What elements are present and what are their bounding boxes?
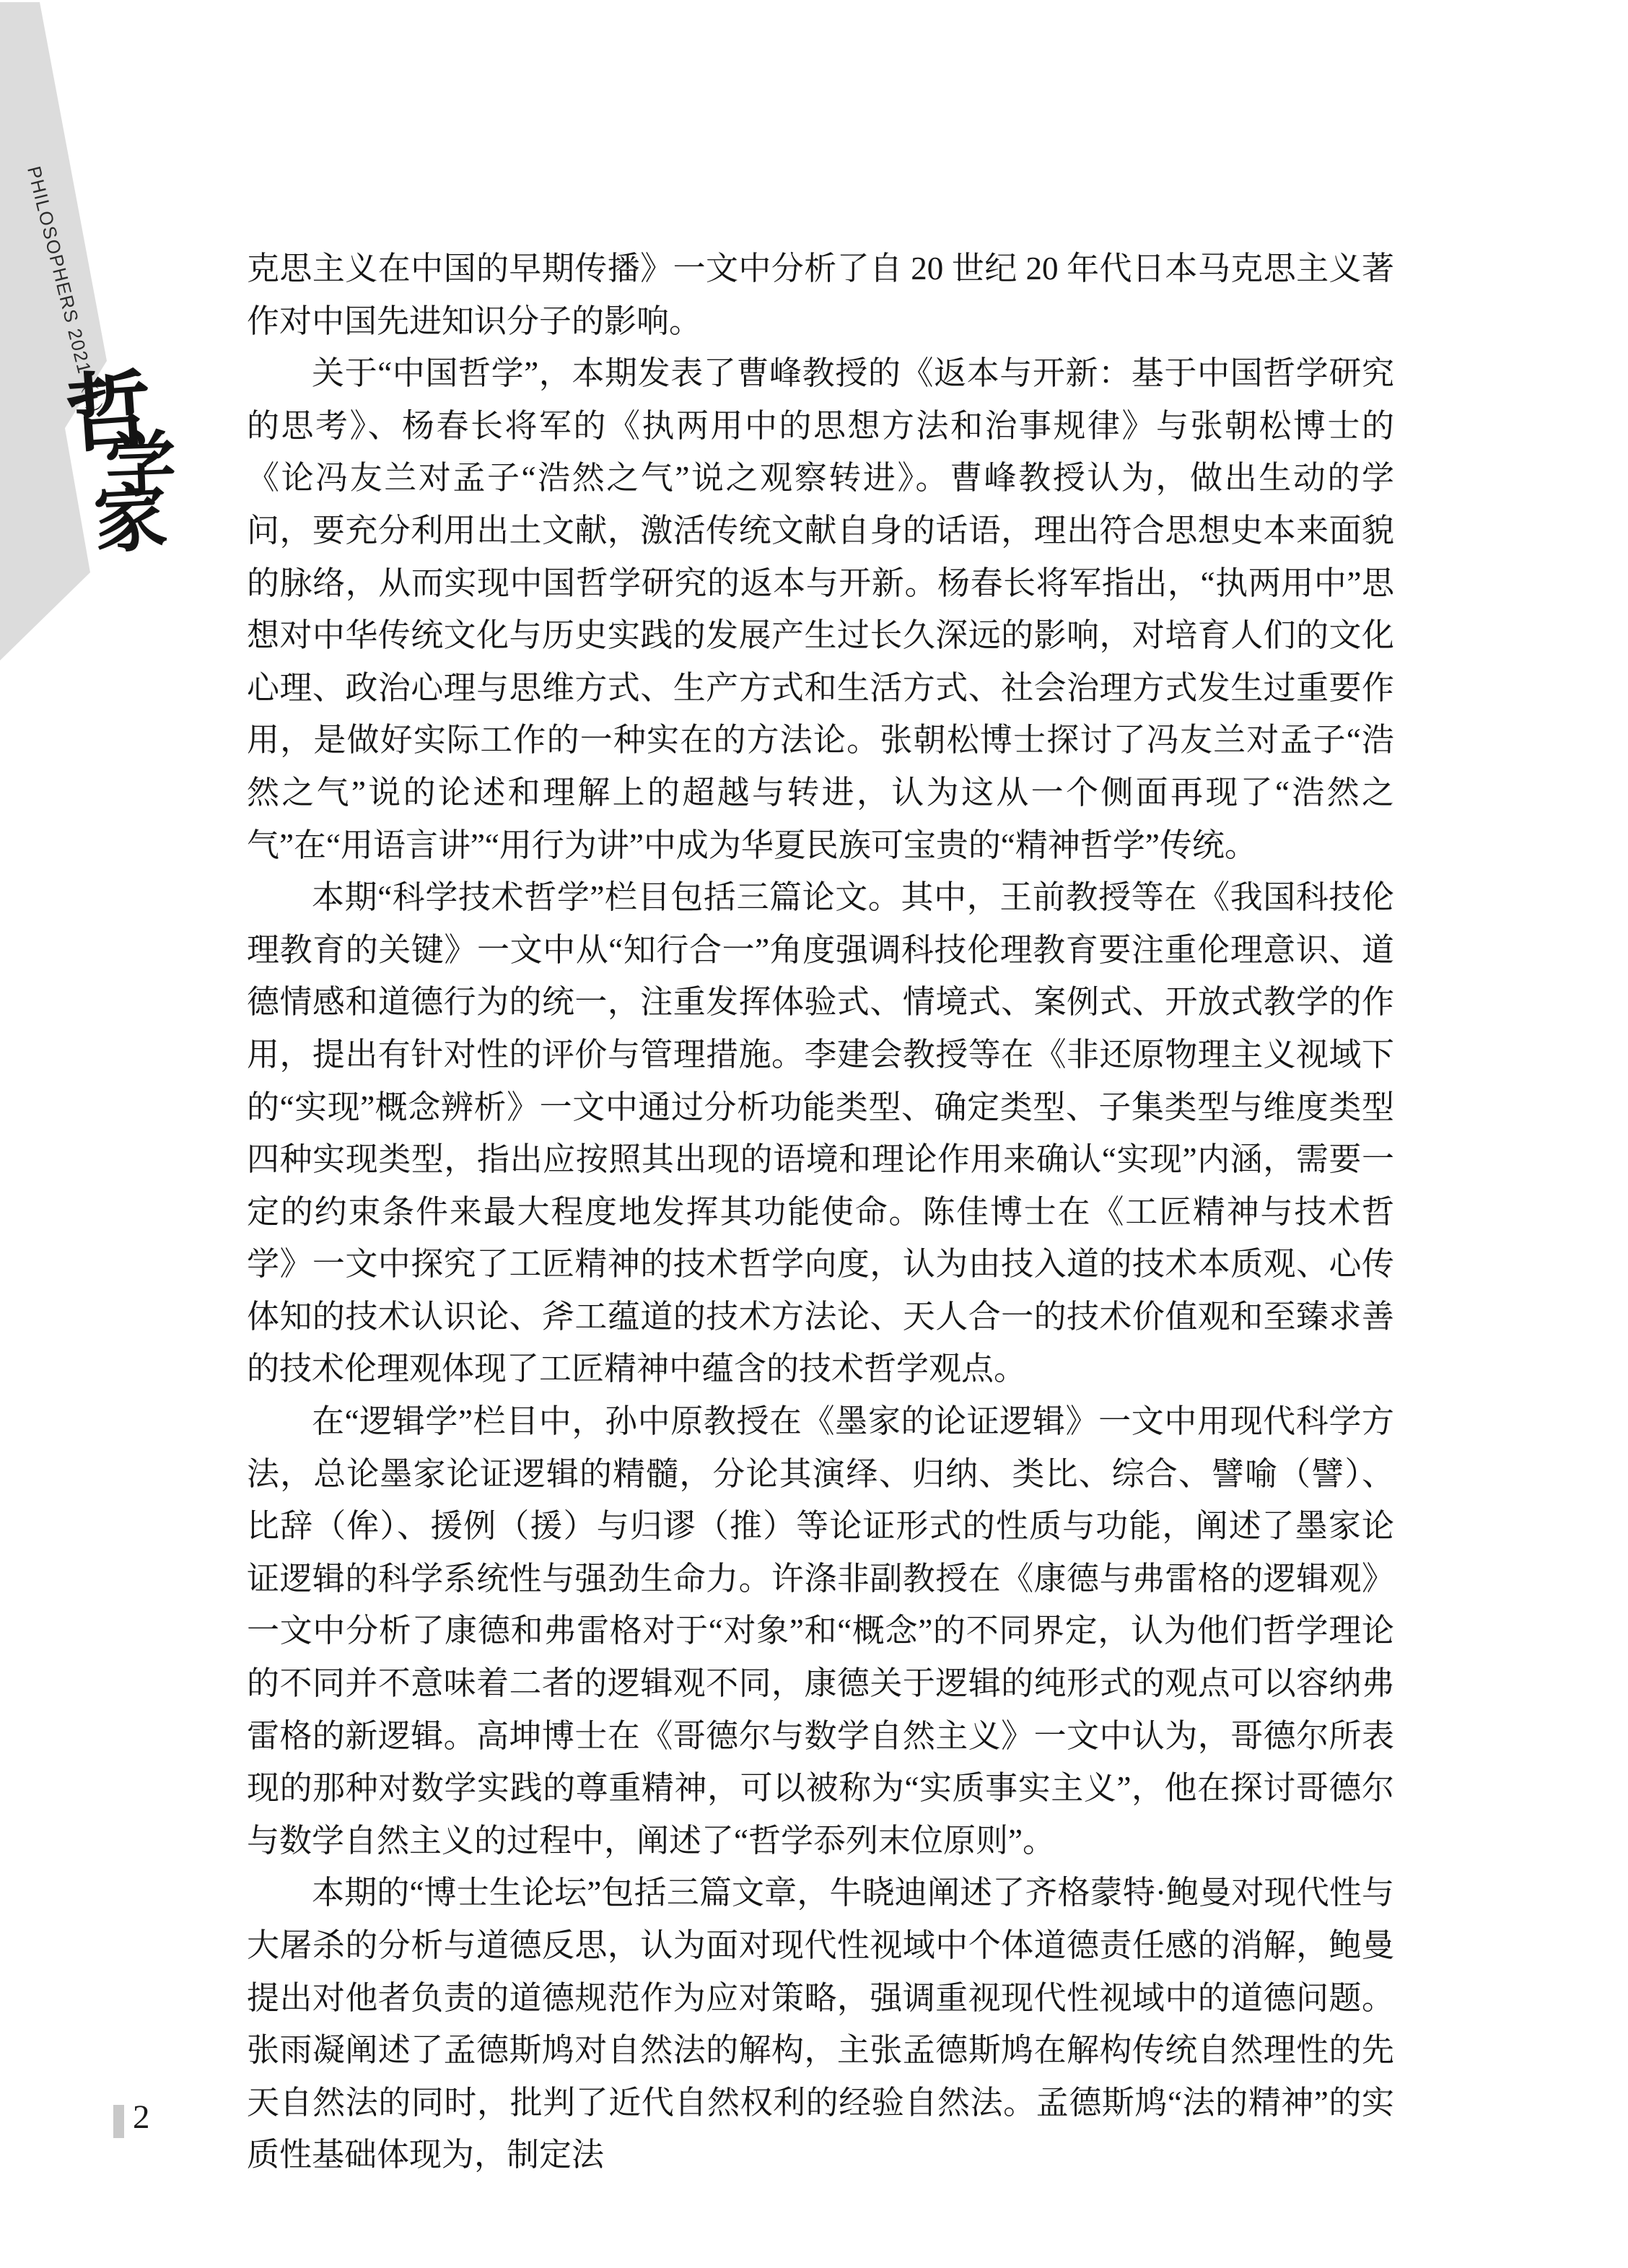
article-body: 克思主义在中国的早期传播》一文中分析了自 20 世纪 20 年代日本马克思主义著… [247,243,1394,2181]
paragraph-5: 本期的“博士生论坛”包括三篇文章，牛晓迪阐述了齐格蒙特·鲍曼对现代性与大屠杀的分… [247,1867,1394,2181]
journal-page: PHILOSOPHERS 2021（1） 哲 学 家 克思主义在中国的早期传播》… [0,0,1628,2268]
logo-char-jia: 家 [92,480,169,557]
page-marker-bar [113,2105,124,2138]
paragraph-2: 关于“中国哲学”，本期发表了曹峰教授的《返本与开新：基于中国哲学研究的思考》、杨… [247,347,1394,871]
ribbon-shape [0,2,107,660]
paragraph-1: 克思主义在中国的早期传播》一文中分析了自 20 世纪 20 年代日本马克思主义著… [247,243,1394,347]
page-number: 2 [133,2098,150,2137]
paragraph-3: 本期“科学技术哲学”栏目包括三篇论文。其中，王前教授等在《我国科技伦理教育的关键… [247,871,1394,1395]
paragraph-4: 在“逻辑学”栏目中，孙中原教授在《墨家的论证逻辑》一文中用现代科学方法，总论墨家… [247,1395,1394,1867]
